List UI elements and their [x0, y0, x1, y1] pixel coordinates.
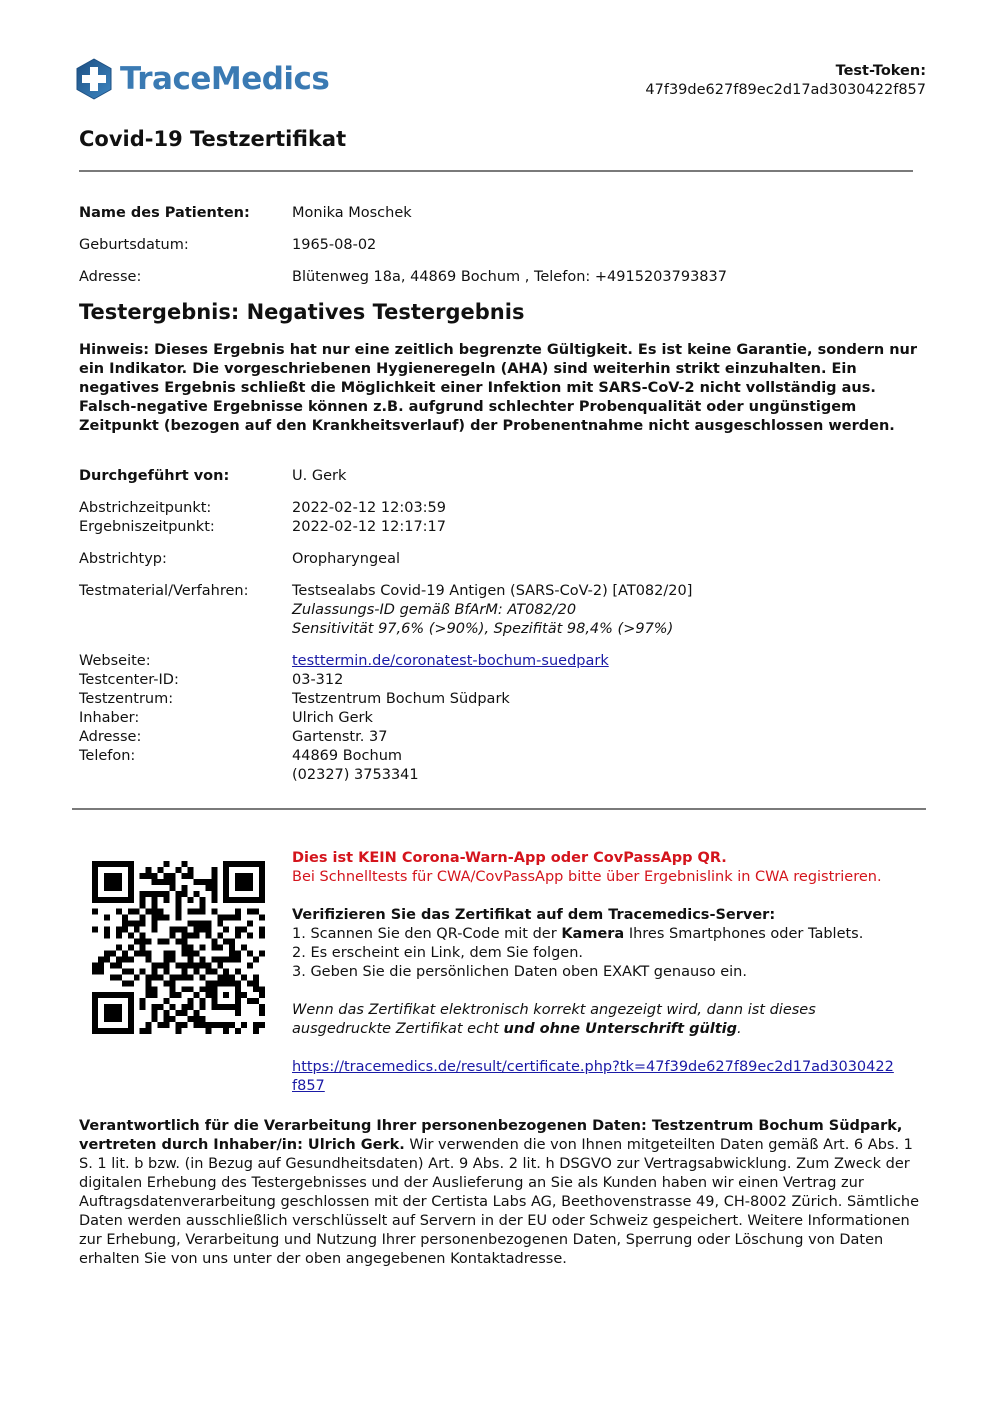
website-link[interactable]: testtermin.de/coronatest-bochum-suedpark: [292, 653, 609, 669]
patient-name-row: Name des Patienten: Monika Moschek: [79, 204, 412, 223]
result-notice: Hinweis: Dieses Ergebnis hat nur eine ze…: [79, 341, 929, 436]
swab-time-row: Abstrichzeitpunkt: 2022-02-12 12:03:59: [79, 499, 446, 518]
swab-type-value: Oropharyngeal: [292, 550, 400, 569]
sensitivity-specificity: Sensitivität 97,6% (>90%), Spezifität 98…: [292, 620, 692, 639]
test-token: Test-Token: 47f39de627f89ec2d17ad3030422…: [645, 62, 926, 100]
center-street: Gartenstr. 37: [292, 728, 609, 747]
patient-name-value: Monika Moschek: [292, 204, 412, 223]
owner-value: Ulrich Gerk: [292, 709, 609, 728]
medical-cross-hexagon-icon: [75, 58, 113, 100]
cwa-warning-text: Bei Schnelltests für CWA/CovPassApp bitt…: [292, 868, 932, 887]
result-time-label: Ergebniszeitpunkt:: [79, 518, 292, 537]
center-phone-value: (02327) 3753341: [292, 766, 609, 785]
document-title: Covid-19 Testzertifikat: [79, 127, 346, 151]
performed-by-value: U. Gerk: [292, 467, 346, 486]
validity-note-line-1: Wenn das Zertifikat elektronisch korrekt…: [292, 1001, 932, 1020]
test-material-row: Testmaterial/Verfahren: Testsealabs Covi…: [79, 582, 692, 639]
testcenter-label: Testzentrum:: [79, 690, 292, 709]
result-time-value: 2022-02-12 12:17:17: [292, 518, 446, 537]
patient-address-row: Adresse: Blütenweg 18a, 44869 Bochum , T…: [79, 268, 727, 287]
testcenter-id-label: Testcenter-ID:: [79, 671, 292, 690]
test-material-label: Testmaterial/Verfahren:: [79, 582, 292, 639]
patient-dob-row: Geburtsdatum: 1965-08-02: [79, 236, 376, 255]
validity-note-line-2: ausgedruckte Zertifikat echt und ohne Un…: [292, 1020, 932, 1039]
test-token-value: 47f39de627f89ec2d17ad3030422f857: [645, 81, 926, 100]
swab-type-label: Abstrichtyp:: [79, 550, 292, 569]
patient-address-label: Adresse:: [79, 268, 292, 287]
patient-address-value: Blütenweg 18a, 44869 Bochum , Telefon: +…: [292, 268, 727, 287]
center-city: 44869 Bochum: [292, 747, 609, 766]
performed-by-row: Durchgeführt von: U. Gerk: [79, 467, 346, 486]
patient-name-label: Name des Patienten:: [79, 204, 292, 223]
verify-heading: Verifizieren Sie das Zertifikat auf dem …: [292, 906, 932, 925]
tracemedics-logo: TraceMedics: [75, 58, 329, 100]
approval-id: Zulassungs-ID gemäß BfArM: AT082/20: [292, 601, 692, 620]
logo-text: TraceMedics: [120, 61, 329, 97]
test-result-title: Testergebnis: Negatives Testergebnis: [79, 300, 524, 324]
qr-code-icon: [92, 861, 265, 1034]
swab-type-row: Abstrichtyp: Oropharyngeal: [79, 550, 400, 569]
cwa-warning-title: Dies ist KEIN Corona-Warn-App oder CovPa…: [292, 849, 932, 868]
testcenter-value: Testzentrum Bochum Südpark: [292, 690, 609, 709]
divider: [79, 170, 913, 172]
privacy-text: Wir verwenden die von Ihnen mitgeteilten…: [79, 1137, 919, 1267]
verify-step-2: 2. Es erscheint ein Link, dem Sie folgen…: [292, 944, 932, 963]
verification-section: Dies ist KEIN Corona-Warn-App oder CovPa…: [292, 849, 932, 1096]
privacy-notice: Verantwortlich für die Verarbeitung Ihre…: [79, 1117, 929, 1269]
verify-step-3: 3. Geben Sie die persönlichen Daten oben…: [292, 963, 932, 982]
performed-by-label: Durchgeführt von:: [79, 467, 292, 486]
patient-dob-label: Geburtsdatum:: [79, 236, 292, 255]
result-time-row: Ergebniszeitpunkt: 2022-02-12 12:17:17: [79, 518, 446, 537]
verify-step-1: 1. Scannen Sie den QR-Code mit der Kamer…: [292, 925, 932, 944]
patient-dob-value: 1965-08-02: [292, 236, 376, 255]
testcenter-id-value: 03-312: [292, 671, 609, 690]
swab-time-value: 2022-02-12 12:03:59: [292, 499, 446, 518]
test-material-value: Testsealabs Covid-19 Antigen (SARS-CoV-2…: [292, 582, 692, 601]
divider: [72, 808, 926, 810]
center-address-label: Adresse:: [79, 728, 292, 747]
center-info: Webseite: Testcenter-ID: Testzentrum: In…: [79, 652, 609, 785]
center-phone-label: Telefon:: [79, 747, 292, 766]
owner-label: Inhaber:: [79, 709, 292, 728]
certificate-verify-link[interactable]: https://tracemedics.de/result/certificat…: [292, 1058, 932, 1096]
website-label: Webseite:: [79, 652, 292, 671]
swab-time-label: Abstrichzeitpunkt:: [79, 499, 292, 518]
test-token-label: Test-Token:: [645, 62, 926, 81]
